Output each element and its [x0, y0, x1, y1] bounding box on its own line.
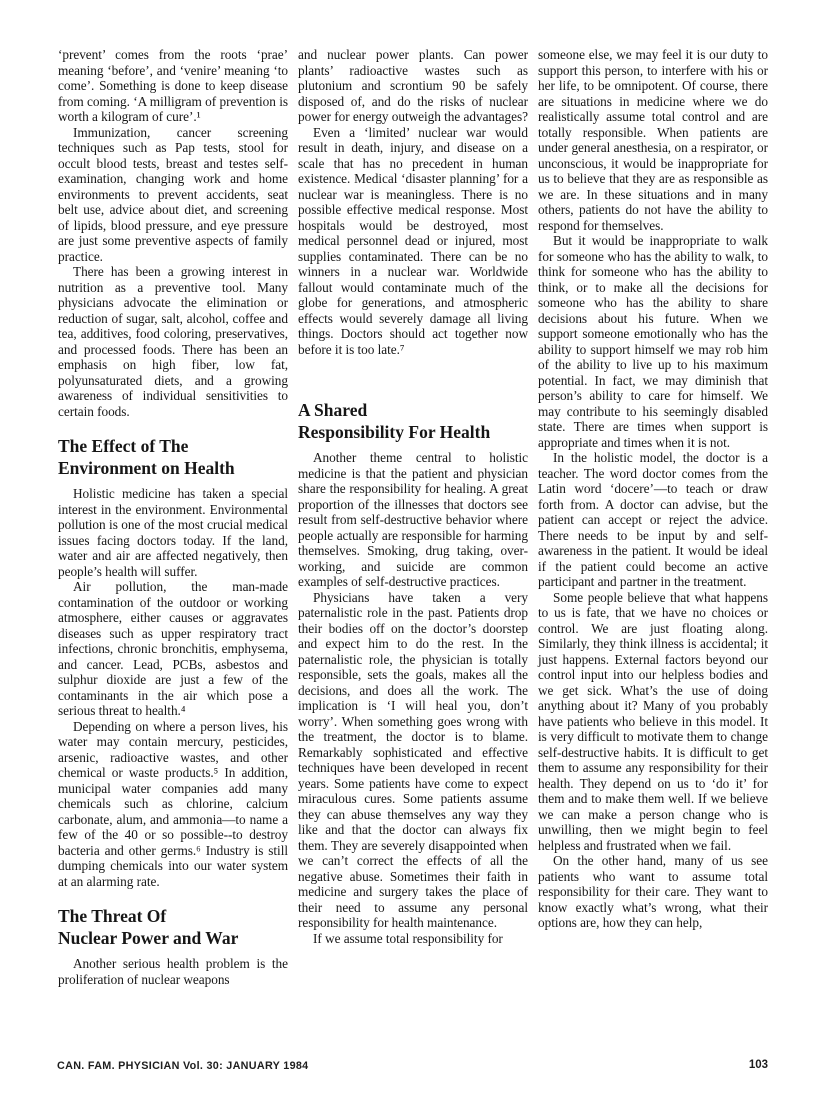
paragraph: Holistic medicine has taken a special in…: [58, 486, 288, 579]
paragraph: Depending on where a person lives, his w…: [58, 719, 288, 890]
section-heading-shared-responsibility: A Shared Responsibility For Health: [298, 399, 528, 443]
article-column-1: ‘prevent’ comes from the roots ‘prae’ me…: [58, 47, 288, 987]
paragraph: Air pollution, the man-made contaminatio…: [58, 579, 288, 719]
article-body: ‘prevent’ comes from the roots ‘prae’ me…: [58, 47, 768, 987]
paragraph: On the other hand, many of us see patien…: [538, 853, 768, 931]
paragraph: Physicians have taken a very paternalist…: [298, 590, 528, 931]
journal-footer: CAN. FAM. PHYSICIAN Vol. 30: JANUARY 198…: [57, 1060, 309, 1072]
page-number: 103: [749, 1059, 768, 1071]
paragraph: Some people believe that what happens to…: [538, 590, 768, 854]
section-heading-environment: The Effect of The Environment on Health: [58, 435, 288, 479]
journal-page: ‘prevent’ comes from the roots ‘prae’ me…: [0, 0, 816, 1114]
paragraph: Immunization, cancer screening technique…: [58, 125, 288, 265]
article-column-3: someone else, we may feel it is our duty…: [538, 47, 768, 987]
article-column-2: and nuclear power plants. Can power plan…: [298, 47, 528, 987]
paragraph: If we assume total responsibility for: [298, 931, 528, 947]
paragraph: someone else, we may feel it is our duty…: [538, 47, 768, 233]
paragraph: Another serious health problem is the pr…: [58, 956, 288, 987]
paragraph: and nuclear power plants. Can power plan…: [298, 47, 528, 125]
paragraph: In the holistic model, the doctor is a t…: [538, 450, 768, 590]
paragraph: Another theme central to holistic medici…: [298, 450, 528, 590]
paragraph: There has been a growing interest in nut…: [58, 264, 288, 419]
section-heading-nuclear-threat: The Threat Of Nuclear Power and War: [58, 905, 288, 949]
paragraph: But it would be inappropriate to walk fo…: [538, 233, 768, 450]
paragraph: Even a ‘limited’ nuclear war would resul…: [298, 125, 528, 358]
paragraph: ‘prevent’ comes from the roots ‘prae’ me…: [58, 47, 288, 125]
